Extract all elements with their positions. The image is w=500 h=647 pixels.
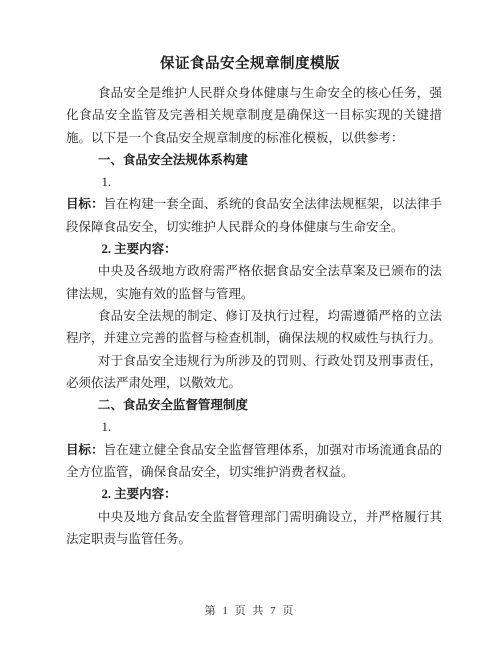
list-item-heading: 2. 主要内容：	[66, 483, 442, 505]
paragraph: 中央及地方食品安全监督管理部门需明确设立，并严格履行其法定职责与监管任务。	[66, 506, 442, 551]
goal-paragraph: 目标：旨在构建一套全面、系统的食品安全法律法规框架，以法律手段保障食品安全，切实…	[66, 193, 442, 238]
doc-body: 食品安全是维护人民群众身体健康与生命安全的核心任务，强化食品安全监管及完善相关规…	[66, 82, 442, 550]
paragraph: 食品安全法规的制定、修订及执行过程，均需遵循严格的立法程序，并建立完善的监督与检…	[66, 305, 442, 350]
section-heading: 二、食品安全监督管理制度	[66, 394, 442, 416]
goal-paragraph: 目标：旨在建立健全食品安全监督管理体系，加强对市场流通食品的全方位监管，确保食品…	[66, 439, 442, 484]
list-item-heading: 2. 主要内容：	[66, 238, 442, 260]
paragraph: 中央及各级地方政府需严格依据食品安全法草案及已颁布的法律法规，实施有效的监督与管…	[66, 260, 442, 305]
list-number: 1.	[66, 416, 442, 438]
paragraph: 对于食品安全违规行为所涉及的罚则、行政处罚及刑事责任，必须依法严肃处理，以儆效尤…	[66, 350, 442, 395]
goal-label: 目标：	[66, 197, 104, 211]
list-number: 1.	[66, 171, 442, 193]
page-footer: 第 1 页 共 7 页	[0, 602, 500, 618]
page-number-text: 第 1 页 共 7 页	[205, 605, 296, 617]
doc-title: 保证食品安全规章制度模版	[0, 52, 500, 76]
goal-label: 目标：	[66, 443, 104, 457]
section-heading: 一、食品安全法规体系构建	[66, 149, 442, 171]
document-page: 保证食品安全规章制度模版 食品安全是维护人民群众身体健康与生命安全的核心任务，强…	[0, 0, 500, 647]
paragraph: 食品安全是维护人民群众身体健康与生命安全的核心任务，强化食品安全监管及完善相关规…	[66, 82, 442, 149]
